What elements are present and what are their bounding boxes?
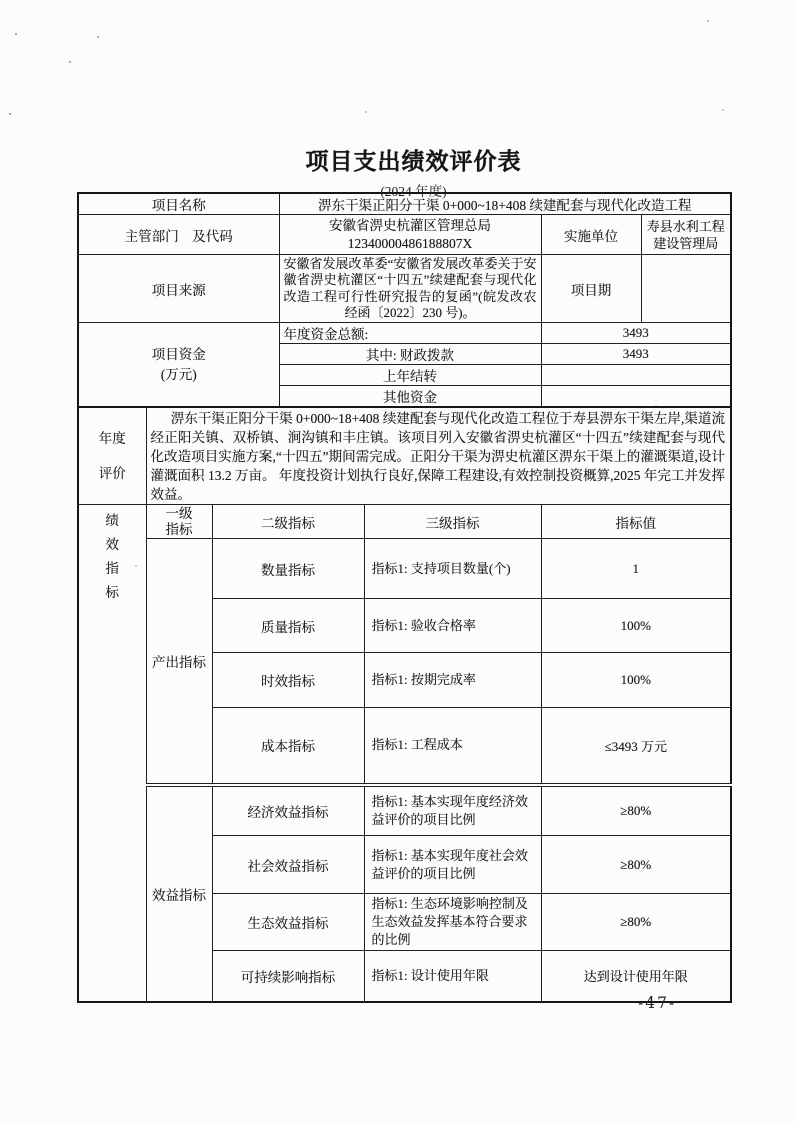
- funds-total-value: 3493: [541, 323, 731, 344]
- source-label: 项目来源: [78, 255, 279, 323]
- document-page: 项目支出绩效评价表 (2024 年度) 项目名称 淠东干渠正阳分干渠 0+000…: [0, 0, 795, 1122]
- funds-fiscal-value: 3493: [541, 344, 731, 365]
- header-level3: 三级指标: [364, 505, 541, 539]
- indicator-row-economic: 效益指标 经济效益指标 指标1: 基本实现年度经济效益评价的项目比例 ≥80%: [78, 785, 731, 836]
- period-value: [641, 255, 731, 323]
- source-value: 安徽省发展改革委“安徽省发展改革委关于安徽省淠史杭灌区“十四五”续建配套与现代化…: [279, 255, 541, 323]
- annual-review-row: 年度评价 淠东干渠正阳分干渠 0+000~18+408 续建配套与现代化改造工程…: [78, 407, 731, 505]
- indicator-level3: 指标1: 生态环境影响控制及生态效益发挥基本符合要求的比例: [364, 894, 541, 951]
- funds-total-label: 年度资金总额:: [279, 323, 541, 344]
- project-name-row: 项目名称 淠东干渠正阳分干渠 0+000~18+408 续建配套与现代化改造工程: [78, 193, 731, 215]
- indicator-level2: 数量指标: [212, 539, 364, 599]
- indicator-level3: 指标1: 设计使用年限: [364, 951, 541, 1002]
- indicator-level3: 指标1: 基本实现年度经济效益评价的项目比例: [364, 785, 541, 836]
- indicator-value: 100%: [541, 653, 731, 708]
- annual-review-label: 年度评价: [78, 407, 146, 505]
- project-source-row: 项目来源 安徽省发展改革委“安徽省发展改革委关于安徽省淠史杭灌区“十四五”续建配…: [78, 255, 731, 323]
- indicator-level2: 可持续影响指标: [212, 951, 364, 1002]
- department-value: 安徽省淠史杭灌区管理总局 12340000486188807X: [279, 215, 541, 255]
- indicator-level2: 经济效益指标: [212, 785, 364, 836]
- header-level1: 一级指标: [146, 505, 212, 539]
- project-name-label: 项目名称: [78, 193, 279, 215]
- indicator-level3: 指标1: 基本实现年度社会效益评价的项目比例: [364, 836, 541, 894]
- indicator-value: ≥80%: [541, 894, 731, 951]
- indicator-level3: 指标1: 按期完成率: [364, 653, 541, 708]
- period-label: 项目期: [541, 255, 641, 323]
- scan-specks: [15, 33, 17, 35]
- funds-carryover-label: 上年结转: [279, 365, 541, 386]
- funds-carryover-value: [541, 365, 731, 386]
- project-name-value: 淠东干渠正阳分干渠 0+000~18+408 续建配套与现代化改造工程: [279, 193, 731, 215]
- header-value: 指标值: [541, 505, 731, 539]
- indicators-section-label: 绩效指标: [78, 505, 146, 1002]
- indicator-value: 1: [541, 539, 731, 599]
- funds-fiscal-label: 其中: 财政拨款: [279, 344, 541, 365]
- group-label-benefit: 效益指标: [146, 785, 212, 1002]
- indicator-level2: 质量指标: [212, 599, 364, 653]
- indicator-level2: 时效指标: [212, 653, 364, 708]
- department-code: 12340000486188807X: [283, 235, 538, 253]
- header-level2: 二级指标: [212, 505, 364, 539]
- evaluation-table: 项目名称 淠东干渠正阳分干渠 0+000~18+408 续建配套与现代化改造工程…: [77, 192, 732, 1003]
- indicator-level2: 成本指标: [212, 708, 364, 785]
- page-title: 项目支出绩效评价表: [16, 143, 795, 176]
- indicator-value: 100%: [541, 599, 731, 653]
- funds-row-total: 项目资金 (万元) 年度资金总额: 3493: [78, 323, 731, 344]
- indicator-level3: 指标1: 工程成本: [364, 708, 541, 785]
- funds-other-label: 其他资金: [279, 386, 541, 408]
- indicators-header-row: 绩效指标 一级指标 二级指标 三级指标 指标值: [78, 505, 731, 539]
- department-row: 主管部门 及代码 安徽省淠史杭灌区管理总局 12340000486188807X…: [78, 215, 731, 255]
- indicator-value: ≤3493 万元: [541, 708, 731, 785]
- funds-label-line1: 项目资金: [82, 345, 276, 365]
- impl-unit-label: 实施单位: [541, 215, 641, 255]
- indicator-row-quantity: 产出指标 数量指标 指标1: 支持项目数量(个) 1: [78, 539, 731, 599]
- annual-review-text: 淠东干渠正阳分干渠 0+000~18+408 续建配套与现代化改造工程位于寿县淠…: [146, 407, 731, 505]
- indicator-value: ≥80%: [541, 836, 731, 894]
- indicator-value: ≥80%: [541, 785, 731, 836]
- funds-label-line2: (万元): [82, 365, 276, 385]
- indicator-level3: 指标1: 验收合格率: [364, 599, 541, 653]
- department-label: 主管部门 及代码: [78, 215, 279, 255]
- page-number: -47-: [638, 994, 718, 1012]
- indicator-level3: 指标1: 支持项目数量(个): [364, 539, 541, 599]
- indicator-level2: 社会效益指标: [212, 836, 364, 894]
- group-label-output: 产出指标: [146, 539, 212, 785]
- indicator-level2: 生态效益指标: [212, 894, 364, 951]
- funds-other-value: [541, 386, 731, 408]
- department-name: 安徽省淠史杭灌区管理总局: [283, 217, 538, 235]
- impl-unit-value: 寿县水利工程建设管理局: [641, 215, 731, 255]
- funds-label: 项目资金 (万元): [78, 323, 279, 408]
